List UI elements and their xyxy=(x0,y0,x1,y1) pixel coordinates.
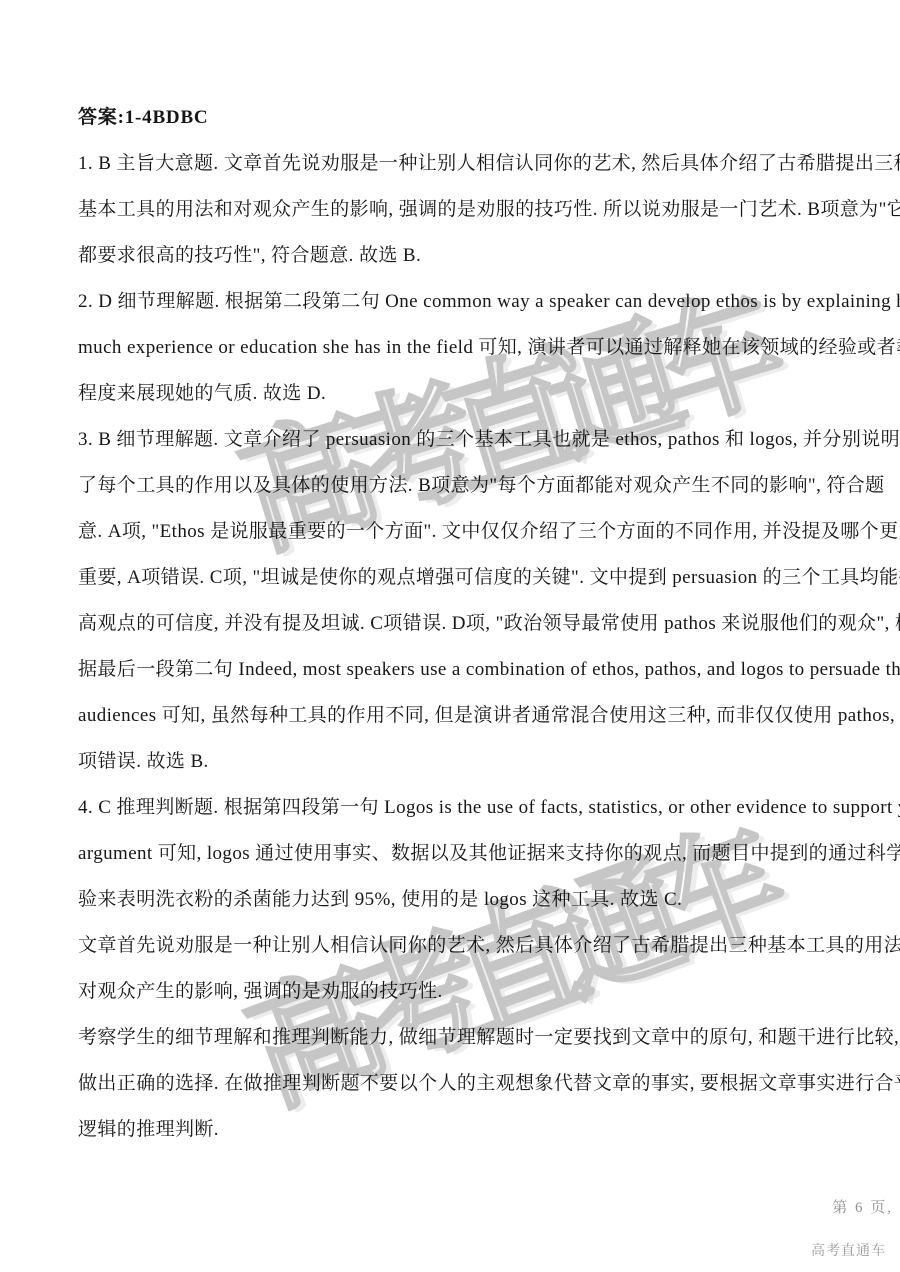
text-line: 考察学生的细节理解和推理判断能力, 做细节理解题时一定要找到文章中的原句, 和题… xyxy=(78,1015,894,1061)
text-line: 了每个工具的作用以及具体的使用方法. B项意为"每个方面都能对观众产生不同的影响… xyxy=(78,463,894,509)
text-line: 2. D 细节理解题. 根据第二段第二句 One common way a sp… xyxy=(78,279,894,325)
text-line: 重要, A项错误. C项, "坦诚是使你的观点增强可信度的关键". 文中提到 p… xyxy=(78,555,894,601)
text-line: 做出正确的选择. 在做推理判断题不要以个人的主观想象代替文章的事实, 要根据文章… xyxy=(78,1061,894,1107)
text-line: 都要求很高的技巧性", 符合题意. 故选 B. xyxy=(78,233,894,279)
brand-footer: 高考直通车 xyxy=(811,1240,886,1260)
text-line: 项错误. 故选 B. xyxy=(78,739,894,785)
text-line: 据最后一段第二句 Indeed, most speakers use a com… xyxy=(78,647,894,693)
text-line: 文章首先说劝服是一种让别人相信认同你的艺术, 然后具体介绍了古希腊提出三种基本工… xyxy=(78,923,894,969)
page-number: 第 6 页, xyxy=(832,1196,893,1217)
text-line: 高观点的可信度, 并没有提及坦诚. C项错误. D项, "政治领导最常使用 pa… xyxy=(78,601,894,647)
text-line: 对观众产生的影响, 强调的是劝服的技巧性. xyxy=(78,969,894,1015)
text-line: much experience or education she has in … xyxy=(78,325,894,371)
text-line: 验来表明洗衣粉的杀菌能力达到 95%, 使用的是 logos 这种工具. 故选 … xyxy=(78,877,894,923)
text-line: 4. C 推理判断题. 根据第四段第一句 Logos is the use of… xyxy=(78,785,894,831)
answer-key-line: 答案:1-4BDBC xyxy=(78,95,894,141)
text-line: 基本工具的用法和对观众产生的影响, 强调的是劝服的技巧性. 所以说劝服是一门艺术… xyxy=(78,187,894,233)
text-line: 程度来展现她的气质. 故选 D. xyxy=(78,371,894,417)
text-line: 1. B 主旨大意题. 文章首先说劝服是一种让别人相信认同你的艺术, 然后具体介… xyxy=(78,141,894,187)
text-line: 逻辑的推理判断. xyxy=(78,1107,894,1153)
text-line: argument 可知, logos 通过使用事实、数据以及其他证据来支持你的观… xyxy=(78,831,894,877)
document-body: 答案:1-4BDBC 1. B 主旨大意题. 文章首先说劝服是一种让别人相信认同… xyxy=(78,95,894,1153)
text-line: audiences 可知, 虽然每种工具的作用不同, 但是演讲者通常混合使用这三… xyxy=(78,693,894,739)
text-line: 3. B 细节理解题. 文章介绍了 persuasion 的三个基本工具也就是 … xyxy=(78,417,894,463)
text-line: 意. A项, "Ethos 是说服最重要的一个方面". 文中仅仅介绍了三个方面的… xyxy=(78,509,894,555)
scanned-answer-page: 高考直通车 高考直通车 答案:1-4BDBC 1. B 主旨大意题. 文章首先说… xyxy=(0,0,900,1272)
